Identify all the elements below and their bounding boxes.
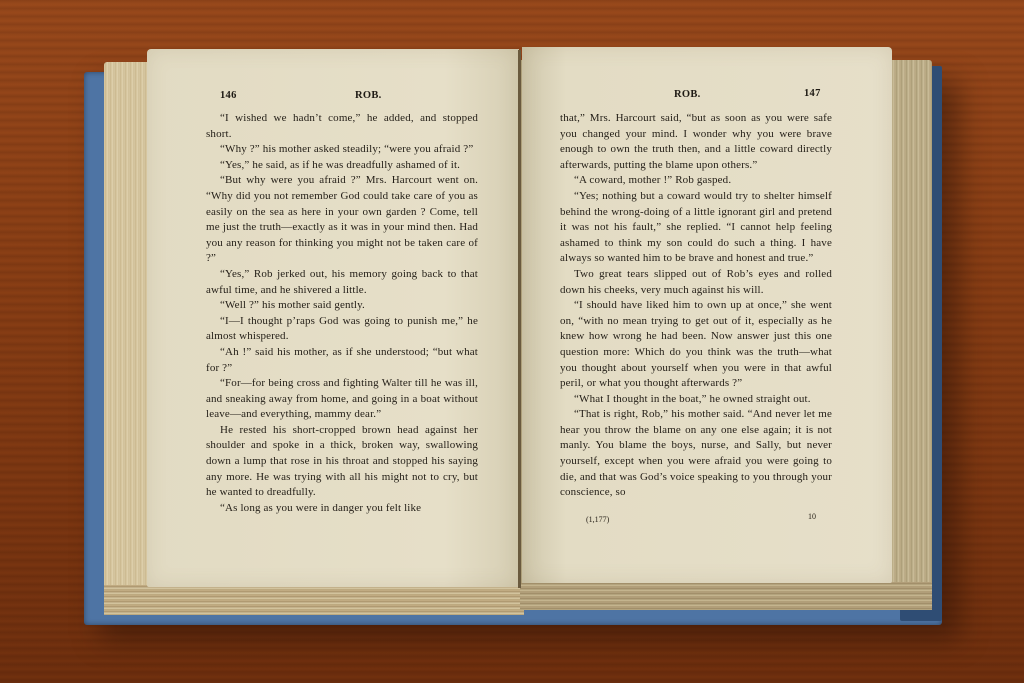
running-head: ROB. <box>355 90 382 101</box>
left-page: 146 ROB. “I wished we hadn’t come,” he a… <box>147 49 519 587</box>
paragraph: “I should have liked him to own up at on… <box>560 298 832 392</box>
paragraph: “Yes,” he said, as if he was dreadfully … <box>206 158 478 174</box>
paragraph: that,” Mrs. Harcourt said, “but as soon … <box>560 111 832 173</box>
left-page-stack-edge <box>104 585 524 615</box>
right-page: ROB. 147 that,” Mrs. Harcourt said, “but… <box>522 47 892 583</box>
paragraph: “As long as you were in danger you felt … <box>206 501 478 517</box>
paragraph: “For—for being cross and fighting Walter… <box>206 376 478 423</box>
paragraph: Two great tears slipped out of Rob’s eye… <box>560 267 832 298</box>
running-head: ROB. <box>674 89 701 100</box>
paragraph: “Well ?” his mother said gently. <box>206 298 478 314</box>
paragraph: “I wished we hadn’t come,” he added, and… <box>206 111 478 142</box>
paragraph: “But why were you afraid ?” Mrs. Harcour… <box>206 173 478 267</box>
paragraph: “Yes,” Rob jerked out, his memory going … <box>206 267 478 298</box>
paragraph: “What I thought in the boat,” he owned s… <box>560 392 832 408</box>
paragraph: “Yes; nothing but a coward would try to … <box>560 189 832 267</box>
right-page-stack-edge <box>520 582 932 610</box>
paragraph: He rested his short-cropped brown head a… <box>206 423 478 501</box>
paragraph: “Ah !” said his mother, as if she unders… <box>206 345 478 376</box>
page-number: 147 <box>804 88 821 99</box>
paragraph: “That is right, Rob,” his mother said. “… <box>560 407 832 501</box>
page-body: “I wished we hadn’t come,” he added, and… <box>206 111 478 516</box>
signature-mark: (1,177) <box>586 515 609 524</box>
paragraph: “I—I thought p’raps God was going to pun… <box>206 314 478 345</box>
page-number: 146 <box>220 90 237 101</box>
paragraph: “Why ?” his mother asked steadily; “were… <box>206 142 478 158</box>
paragraph: “A coward, mother !” Rob gasped. <box>560 173 832 189</box>
page-body: that,” Mrs. Harcourt said, “but as soon … <box>560 111 832 501</box>
book-gutter <box>518 50 521 588</box>
gathering-number: 10 <box>808 512 816 521</box>
